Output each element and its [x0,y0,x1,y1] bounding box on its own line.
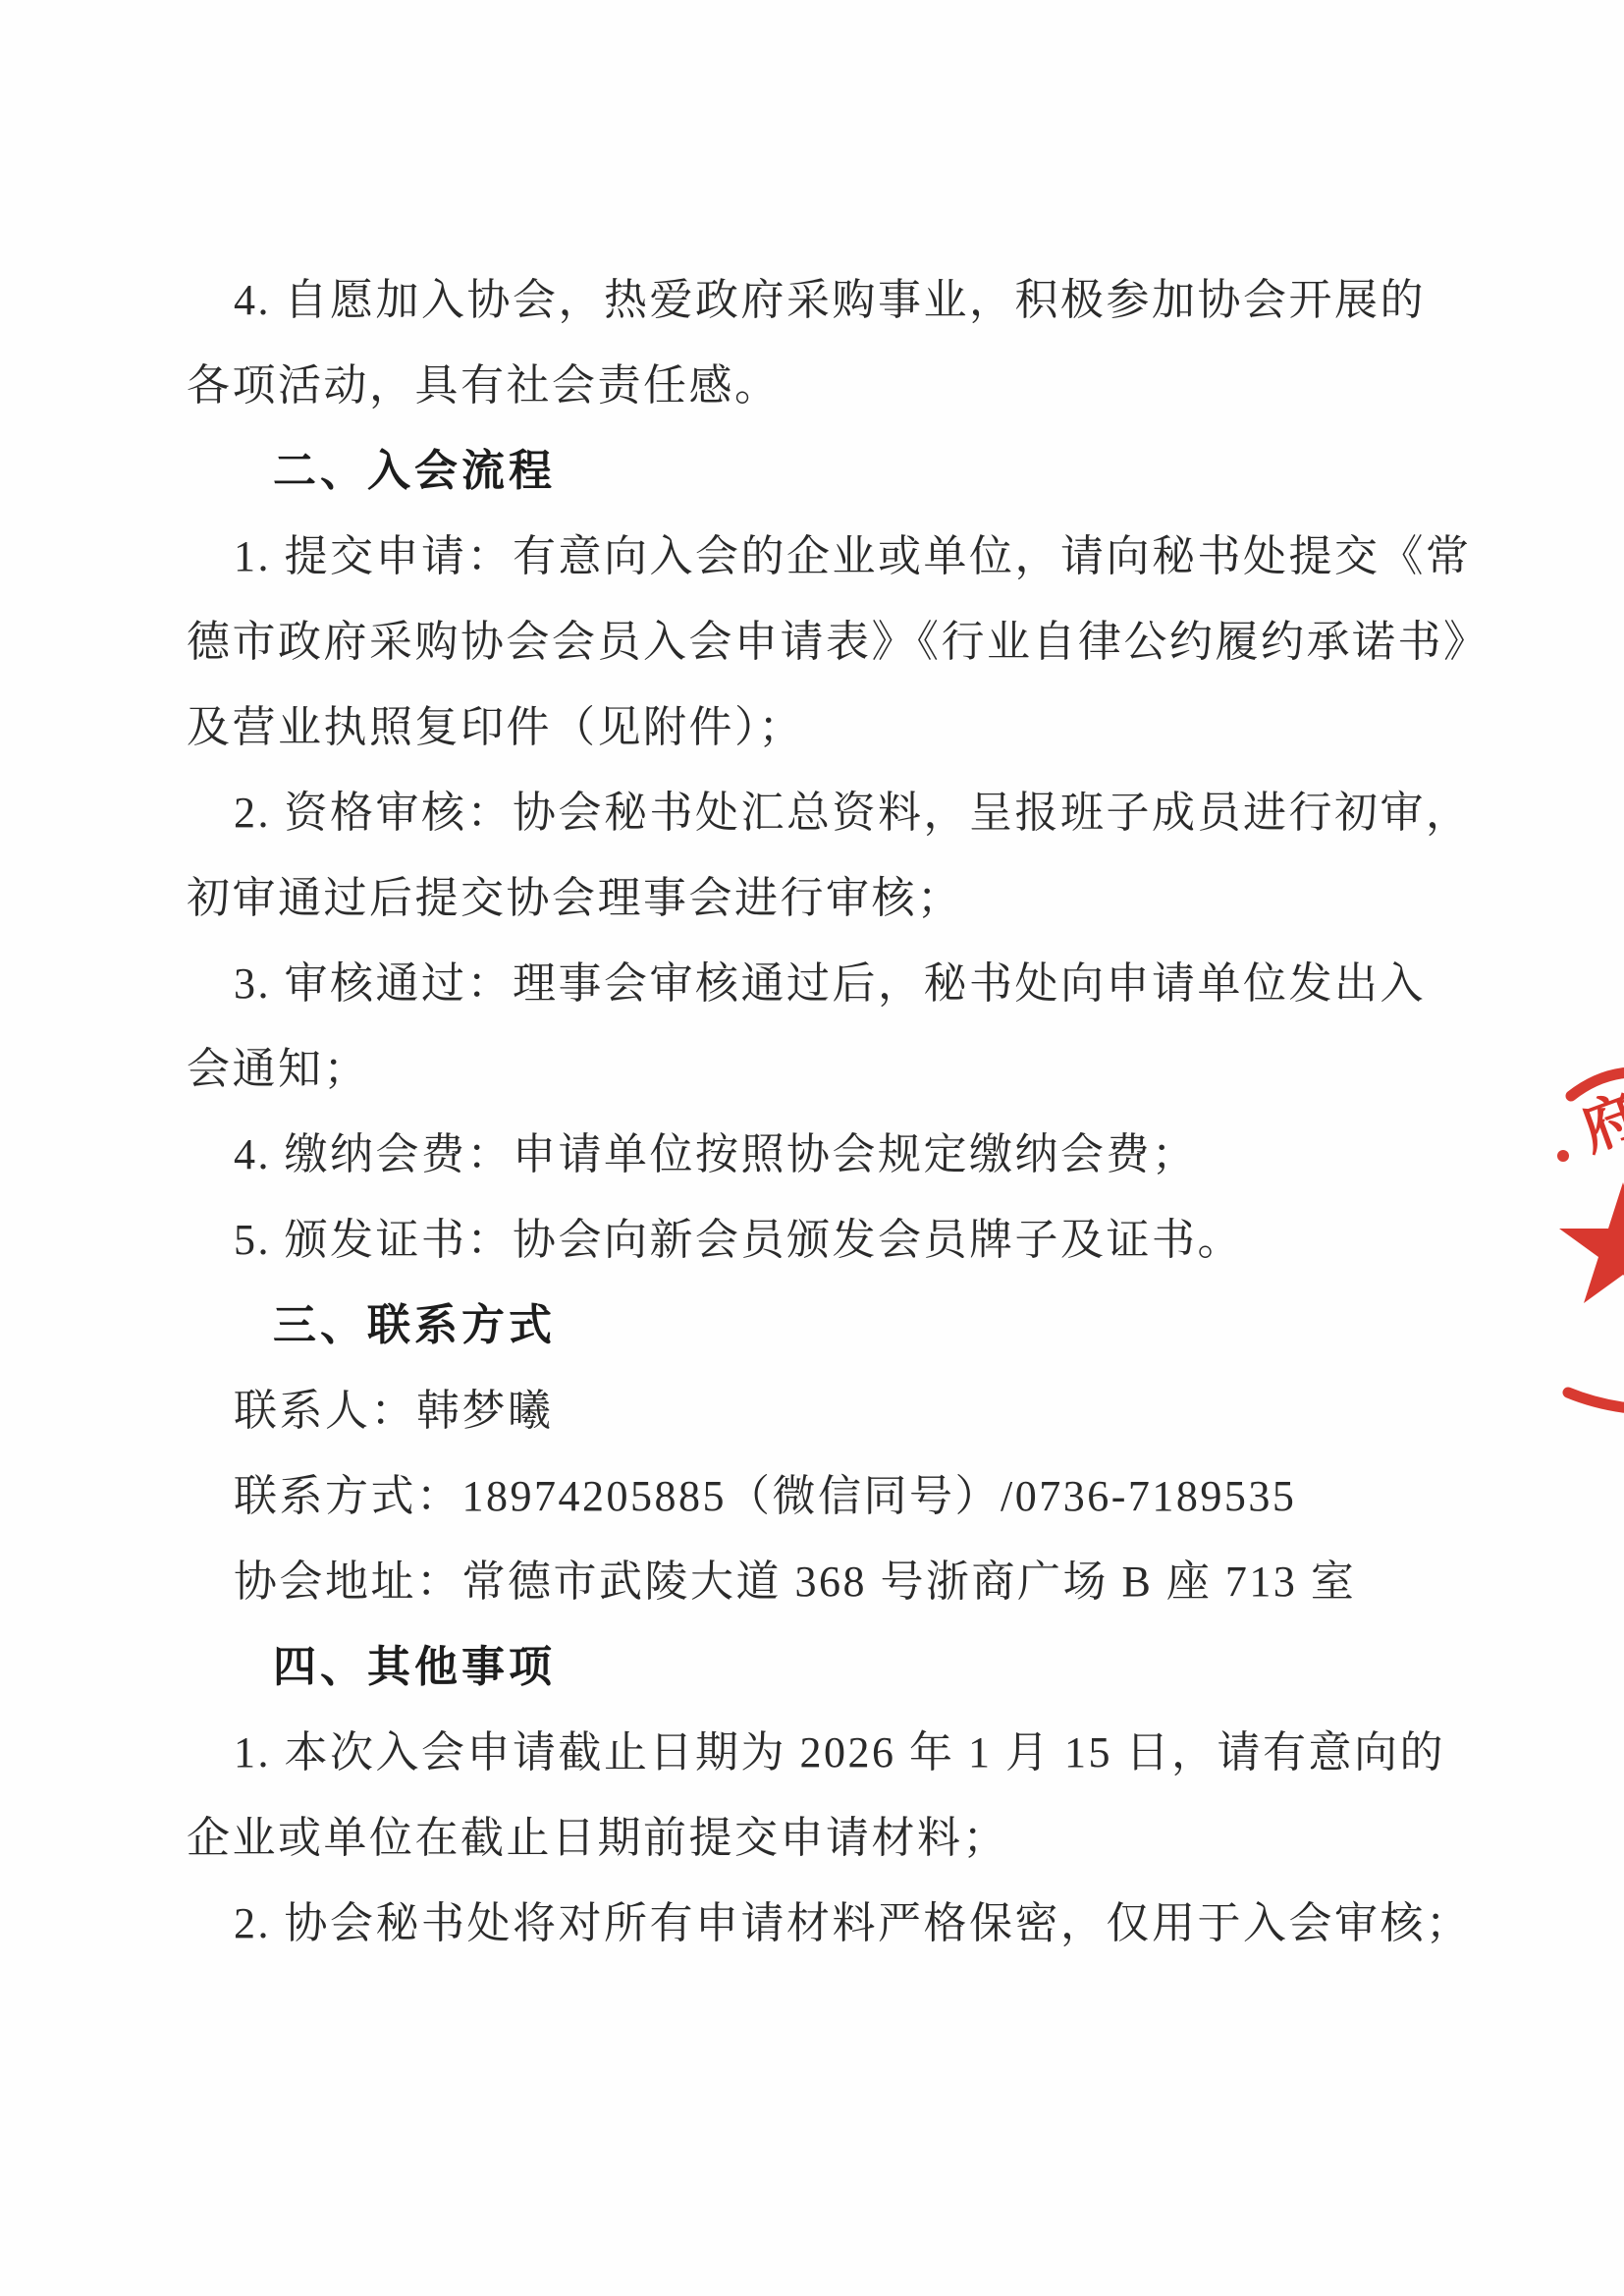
doc-line: 会通知； [187,1026,1463,1112]
doc-line: 2. 协会秘书处将对所有申请材料严格保密，仅用于入会审核； [187,1881,1463,1966]
section-heading: 二、入会流程 [187,428,1463,514]
scanned-page: 4. 自愿加入协会，热爱政府采购事业，积极参加协会开展的 各项活动，具有社会责任… [0,0,1624,2296]
star-icon [1559,1182,1624,1303]
document-body: 4. 自愿加入协会，热爱政府采购事业，积极参加协会开展的 各项活动，具有社会责任… [187,257,1463,1966]
doc-line: 初审通过后提交协会理事会进行审核； [187,855,1463,941]
doc-line-contact-person: 联系人：韩梦曦 [187,1368,1463,1453]
doc-line-contact-phone: 联系方式：18974205885（微信同号）/0736-7189535 [187,1453,1463,1539]
doc-line: 4. 缴纳会费：申请单位按照协会规定缴纳会费； [187,1112,1463,1197]
doc-line: 1. 本次入会申请截止日期为 2026 年 1 月 15 日，请有意向的 [187,1710,1463,1795]
document-page: { "page": { "background": "#fefefe", "te… [0,0,1624,2296]
seal-ink-dot [1557,1150,1569,1162]
doc-line-contact-address: 协会地址：常德市武陵大道 368 号浙商广场 B 座 713 室 [187,1539,1463,1624]
doc-line: 4. 自愿加入协会，热爱政府采购事业，积极参加协会开展的 [187,257,1463,343]
section-heading: 三、联系方式 [187,1283,1463,1368]
doc-line: 企业或单位在截止日期前提交申请材料； [187,1795,1463,1881]
doc-line: 2. 资格审核：协会秘书处汇总资料，呈报班子成员进行初审， [187,770,1463,855]
doc-line: 德市政府采购协会会员入会申请表》《行业自律公约履约承诺书》 [187,599,1463,684]
doc-line: 及营业执照复印件（见附件）； [187,684,1463,770]
doc-line: 各项活动，具有社会责任感。 [187,343,1463,428]
doc-line: 3. 审核通过：理事会审核通过后，秘书处向申请单位发出入 [187,941,1463,1026]
section-heading: 四、其他事项 [187,1624,1463,1710]
seal-circle-arc-bottom [1568,1393,1624,1408]
official-seal-stamp: 府 [1473,1031,1624,1453]
doc-line: 1. 提交申请：有意向入会的企业或单位，请向秘书处提交《常 [187,514,1463,599]
doc-line: 5. 颁发证书：协会向新会员颁发会员牌子及证书。 [187,1197,1463,1283]
